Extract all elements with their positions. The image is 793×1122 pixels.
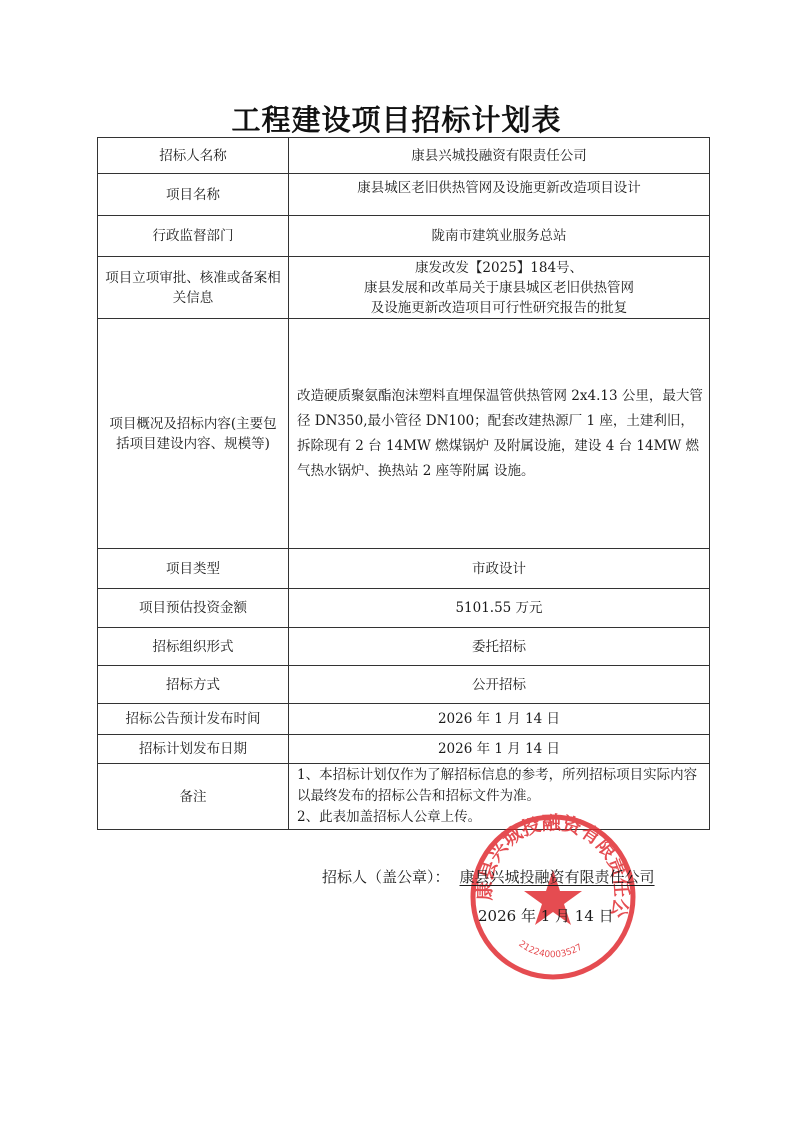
company-seal-icon: 康县兴城投融资有限责任公司 212240003527: [468, 812, 638, 982]
row-label: 项目预估投资金额: [98, 589, 289, 628]
table-row: 项目立项审批、核准或备案相关信息 康发改发【2025】184号、 康县发展和改革…: [98, 257, 710, 319]
row-value: 康县兴城投融资有限责任公司: [289, 138, 710, 174]
table-row: 招标人名称 康县兴城投融资有限责任公司: [98, 138, 710, 174]
row-label: 招标方式: [98, 666, 289, 704]
table-row: 项目预估投资金额 5101.55 万元: [98, 589, 710, 628]
document-title: 工程建设项目招标计划表: [0, 98, 793, 139]
row-label: 招标计划发布日期: [98, 735, 289, 764]
row-value: 康县城区老旧供热管网及设施更新改造项目设计: [289, 174, 710, 216]
row-label: 招标组织形式: [98, 628, 289, 666]
table-row: 招标公告预计发布时间 2026 年 1 月 14 日: [98, 704, 710, 735]
table-row: 招标组织形式 委托招标: [98, 628, 710, 666]
signature-line: 招标人（盖公章）：康县兴城投融资有限责任公司: [322, 866, 659, 887]
row-label: 项目概况及招标内容(主要包括项目建设内容、规模等): [98, 319, 289, 549]
signature-company: 康县兴城投融资有限责任公司: [456, 868, 659, 886]
row-value: 2026 年 1 月 14 日: [289, 704, 710, 735]
value-line: 及设施更新改造项目可行性研究报告的批复: [295, 298, 703, 318]
row-label: 项目类型: [98, 549, 289, 589]
table-row: 项目名称 康县城区老旧供热管网及设施更新改造项目设计: [98, 174, 710, 216]
row-value: 改造硬质聚氨酯泡沫塑料直埋保温管供热管网 2x4.13 公里，最大管径 DN35…: [289, 319, 710, 549]
row-label: 招标人名称: [98, 138, 289, 174]
row-label: 招标公告预计发布时间: [98, 704, 289, 735]
row-value: 康发改发【2025】184号、 康县发展和改革局关于康县城区老旧供热管网 及设施…: [289, 257, 710, 319]
remark-line: 1、本招标计划仅作为了解招标信息的参考，所列招标项目实际内容以最终发布的招标公告…: [297, 765, 703, 807]
row-value: 公开招标: [289, 666, 710, 704]
table-row: 行政监督部门 陇南市建筑业服务总站: [98, 216, 710, 257]
row-value: 市政设计: [289, 549, 710, 589]
row-label: 备注: [98, 764, 289, 830]
row-label: 项目名称: [98, 174, 289, 216]
tender-plan-table: 招标人名称 康县兴城投融资有限责任公司 项目名称 康县城区老旧供热管网及设施更新…: [97, 137, 710, 830]
svg-text:212240003527: 212240003527: [516, 939, 584, 960]
row-label: 项目立项审批、核准或备案相关信息: [98, 257, 289, 319]
signature-date: 2026 年 1 月 14 日: [478, 905, 614, 926]
table-row: 招标计划发布日期 2026 年 1 月 14 日: [98, 735, 710, 764]
signature-label: 招标人（盖公章）：: [322, 868, 450, 886]
table-row: 项目概况及招标内容(主要包括项目建设内容、规模等) 改造硬质聚氨酯泡沫塑料直埋保…: [98, 319, 710, 549]
value-line: 康发改发【2025】184号、: [295, 258, 703, 278]
table-row: 项目类型 市政设计: [98, 549, 710, 589]
row-value: 委托招标: [289, 628, 710, 666]
row-value: 陇南市建筑业服务总站: [289, 216, 710, 257]
value-line: 康县发展和改革局关于康县城区老旧供热管网: [295, 278, 703, 298]
row-label: 行政监督部门: [98, 216, 289, 257]
table-row: 招标方式 公开招标: [98, 666, 710, 704]
row-value: 2026 年 1 月 14 日: [289, 735, 710, 764]
row-value: 5101.55 万元: [289, 589, 710, 628]
